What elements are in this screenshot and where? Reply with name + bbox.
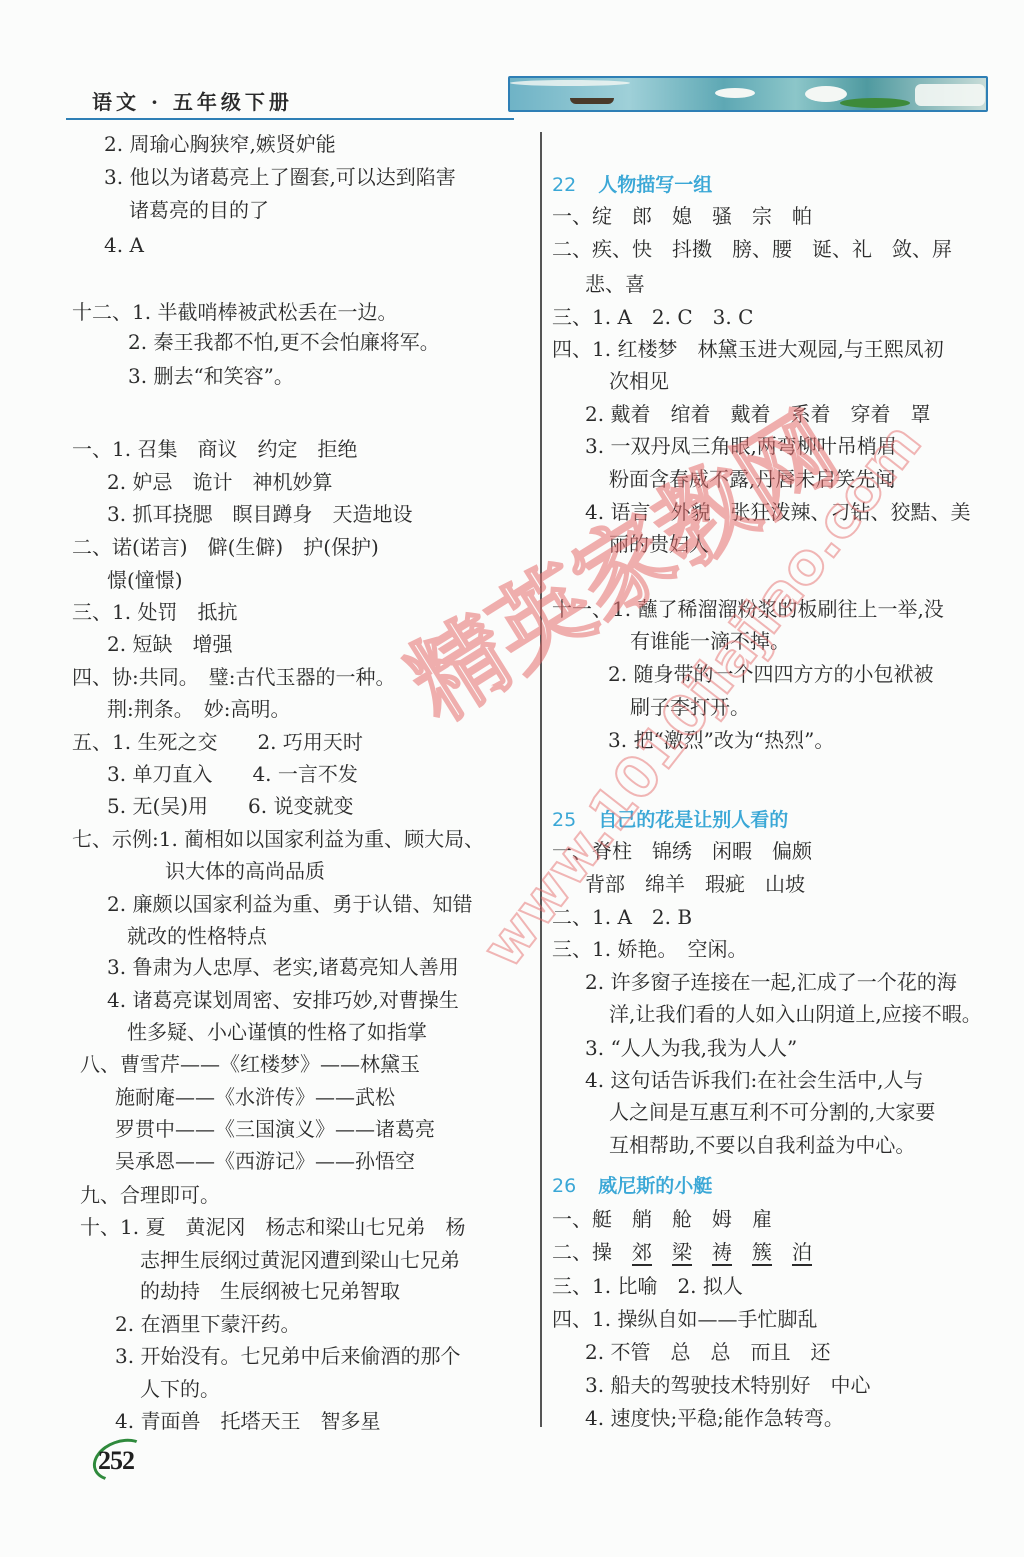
answer-line: 七、示例:1. 蔺相如以国家利益为重、顾大局、	[72, 825, 484, 853]
underlined-char: 郊	[632, 1240, 652, 1264]
answer-line: 2. 在酒里下蒙汗药。	[115, 1310, 300, 1338]
answer-line: 粉面含春威不露,丹唇未启笑先闻	[609, 465, 895, 493]
answer-line: 四、1. 操纵自如——手忙脚乱	[552, 1305, 817, 1333]
answer-line: 2. 周瑜心胸狭窄,嫉贤妒能	[104, 130, 336, 158]
answer-line: 3. 船夫的驾驶技术特别好 中心	[585, 1371, 870, 1399]
answer-line: 4. 诸葛亮谋划周密、安排巧妙,对曹操生	[107, 986, 459, 1014]
answer-line: 4. 这句话告诉我们:在社会生活中,人与	[585, 1066, 924, 1094]
answer-line: 一、脊柱 锦绣 闲暇 偏颇	[552, 837, 812, 865]
answer-line: 三、1. 处罚 抵抗	[72, 598, 237, 626]
answer-line: 刷子李打开。	[630, 693, 750, 721]
lesson-number: 22	[552, 174, 576, 196]
answer-line: 四、1. 红楼梦 林黛玉进大观园,与王熙凤初	[552, 335, 944, 363]
header-banner-image	[508, 76, 988, 112]
underlined-char: 簇	[752, 1240, 772, 1264]
answer-line: 的劫持 生辰纲被七兄弟智取	[140, 1277, 400, 1305]
answer-line: 2. 秦王我都不怕,更不会怕廉将军。	[128, 328, 440, 356]
underlined-char: 泊	[792, 1240, 812, 1264]
answer-line: 丽的贵妇人	[609, 530, 709, 558]
answer-line: 洋,让我们看的人如入山阴道上,应接不暇。	[609, 1000, 982, 1028]
page-number: 252	[98, 1446, 134, 1476]
answer-line: 悲、喜	[585, 270, 645, 298]
answer-line: 背部 绵羊 瑕疵 山坡	[585, 870, 805, 898]
banner-cloud	[805, 86, 847, 102]
lesson-number: 26	[552, 1175, 576, 1197]
answer-line: 施耐庵——《水浒传》——武松	[115, 1083, 395, 1111]
column-divider	[540, 132, 542, 1427]
answer-line: 三、1. 比喻 2. 拟人	[552, 1272, 743, 1300]
underlined-char: 祷	[712, 1240, 732, 1264]
answer-line: 憬(憧憬)	[107, 566, 183, 594]
answer-line: 3. 一双丹凤三角眼,两弯柳叶吊梢眉	[585, 432, 897, 460]
answer-line: 十二、1. 半截哨棒被武松丢在一边。	[72, 298, 397, 326]
page-header: 语文 · 五年级下册	[66, 76, 988, 120]
answer-line: 人下的。	[140, 1375, 220, 1403]
lesson-name: 威尼斯的小艇	[598, 1175, 712, 1197]
answer-line: 一、1. 召集 商议 约定 拒绝	[72, 435, 357, 463]
answer-line: 性多疑、小心谨慎的性格了如指掌	[127, 1018, 427, 1046]
lesson-title: 26威尼斯的小艇	[552, 1173, 712, 1199]
lotus-leaf-icon	[840, 98, 910, 108]
answer-line: 有谁能一滴不掉。	[630, 627, 790, 655]
answer-line: 二、1. A 2. B	[552, 903, 692, 931]
answer-line: 九、合理即可。	[80, 1181, 220, 1209]
answer-line: 4. A	[104, 231, 144, 259]
answer-line: 志押生辰纲过黄泥冈遭到梁山七兄弟	[140, 1246, 460, 1274]
answer-line: 诸葛亮的目的了	[129, 196, 269, 224]
answer-line: 2. 不管 总 总 而且 还	[585, 1338, 830, 1366]
answer-line: 次相见	[609, 367, 669, 395]
answer-line: 4. 语言 外貌 张狂泼辣、刁钻、狡黠、美	[585, 498, 970, 526]
answer-line: 2. 廉颇以国家利益为重、勇于认错、知错	[107, 890, 472, 918]
answer-line: 2. 妒忌 诡计 神机妙算	[107, 468, 332, 496]
answer-line: 三、1. A 2. C 3. C	[552, 303, 753, 331]
banner-pavilion	[915, 84, 985, 106]
answer-line: 五、1. 生死之交 2. 巧用天时	[72, 728, 363, 756]
answer-line: 三、1. 娇艳。 空闲。	[552, 935, 747, 963]
answer-line: 2. 短缺 增强	[107, 630, 232, 658]
answer-line: 八、曹雪芹——《红楼梦》——林黛玉	[80, 1050, 420, 1078]
answer-line: 荆:荆条。 妙:高明。	[107, 695, 290, 723]
answer-line: 互相帮助,不要以自我利益为中心。	[609, 1131, 915, 1159]
book-title: 语文 · 五年级下册	[92, 86, 293, 115]
answer-line: 二、疾、快 抖擞 膀、腰 诞、礼 敛、屏	[552, 235, 952, 263]
page-number-badge: 252	[92, 1440, 150, 1480]
lesson-name: 人物描写一组	[598, 174, 712, 196]
answer-line: 3. 抓耳挠腮 瞑目蹲身 天造地设	[107, 500, 412, 528]
answer-line: 一、绽 郎 媳 骚 宗 帕	[552, 202, 812, 230]
answer-line: 四、协:共同。 璧:古代玉器的一种。	[72, 663, 395, 691]
answer-line: 3. 把“激烈”改为“热烈”。	[608, 726, 834, 754]
answer-line: 3. 删去“和笑容”。	[128, 362, 294, 390]
banner-cloud	[510, 80, 630, 86]
answer-line: 3. 他以为诸葛亮上了圈套,可以达到陷害	[104, 163, 456, 191]
answer-line: 4. 速度快;平稳;能作急转弯。	[585, 1404, 844, 1432]
header-rule	[66, 118, 514, 120]
answer-line: 3. 开始没有。七兄弟中后来偷酒的那个	[115, 1342, 460, 1370]
answer-line: 二、操 郊 梁 祷 簇 泊	[552, 1238, 812, 1266]
answer-line: 二、诺(诺言) 僻(生僻) 护(保护)	[72, 533, 379, 561]
lesson-title: 25自己的花是让别人看的	[552, 807, 788, 833]
answer-line: 3. “人人为我,我为人人”	[585, 1034, 797, 1062]
answer-line: 2. 许多窗子连接在一起,汇成了一个花的海	[585, 968, 957, 996]
answer-line: 3. 鲁肃为人忠厚、老实,诸葛亮知人善用	[107, 953, 459, 981]
answer-line: 2. 戴着 绾着 戴着 系着 穿着 罩	[585, 400, 930, 428]
answer-line: 十一、1. 蘸了稀溜溜粉浆的板刷往上一举,没	[552, 595, 944, 623]
answer-line: 4. 青面兽 托塔天王 智多星	[115, 1407, 380, 1435]
answer-line: 罗贯中——《三国演义》——诸葛亮	[115, 1115, 435, 1143]
answer-line: 5. 无(吴)用 6. 说变就变	[107, 792, 353, 820]
boat-icon	[570, 98, 614, 104]
lesson-name: 自己的花是让别人看的	[598, 809, 788, 831]
answer-line: 2. 随身带的一个四四方方的小包袱被	[608, 660, 933, 688]
lesson-title: 22人物描写一组	[552, 172, 712, 198]
banner-cloud	[715, 88, 755, 98]
answer-line: 一、艇 艄 舱 姆 雇	[552, 1205, 772, 1233]
answer-line: 人之间是互惠互利不可分割的,大家要	[609, 1098, 935, 1126]
lesson-number: 25	[552, 809, 576, 831]
answer-line: 识大体的高尚品质	[165, 857, 325, 885]
underlined-char: 梁	[672, 1240, 692, 1264]
answer-line: 3. 单刀直入 4. 一言不发	[107, 760, 358, 788]
answer-line: 十、1. 夏 黄泥冈 杨志和梁山七兄弟 杨	[80, 1213, 465, 1241]
answer-line: 就改的性格特点	[127, 922, 267, 950]
answer-line: 吴承恩——《西游记》——孙悟空	[115, 1147, 415, 1175]
